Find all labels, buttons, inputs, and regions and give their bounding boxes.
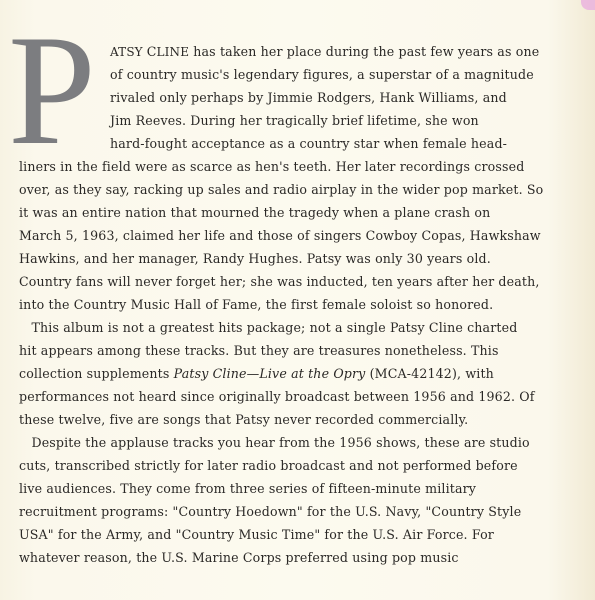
text-line: over, as they say, racking up sales and … bbox=[19, 182, 543, 197]
text-line: whatever reason, the U.S. Marine Corps p… bbox=[19, 550, 459, 565]
liner-notes-page: P ATSY CLINE has taken her place during … bbox=[0, 0, 595, 600]
text-line: rivaled only perhaps by Jimmie Rodgers, … bbox=[110, 90, 507, 105]
text-line: ATSY CLINE has taken her place during th… bbox=[110, 44, 539, 59]
text-line: Hawkins, and her manager, Randy Hughes. … bbox=[19, 251, 491, 266]
text-line: into the Country Music Hall of Fame, the… bbox=[19, 297, 493, 312]
drop-cap-letter: P bbox=[8, 12, 96, 170]
pink-highlight-mark bbox=[581, 0, 595, 10]
text-line: cuts, transcribed strictly for later rad… bbox=[19, 458, 518, 473]
text-line: performances not heard since originally … bbox=[19, 389, 535, 404]
paragraph-start-line: This album is not a greatest hits packag… bbox=[19, 320, 517, 335]
text-line: liners in the field were as scarce as he… bbox=[19, 159, 524, 174]
text-line: USA" for the Army, and "Country Music Ti… bbox=[19, 527, 494, 542]
text-line: Country fans will never forget her; she … bbox=[19, 274, 540, 289]
text-line: live audiences. They come from three ser… bbox=[19, 481, 476, 496]
text-line: hit appears among these tracks. But they… bbox=[19, 343, 499, 358]
text-line: March 5, 1963, claimed her life and thos… bbox=[19, 228, 541, 243]
text-line: recruitment programs: "Country Hoedown" … bbox=[19, 504, 521, 519]
text-line: collection supplements Patsy Cline—Live … bbox=[19, 366, 494, 381]
text-line: Jim Reeves. During her tragically brief … bbox=[110, 113, 479, 128]
text-line: of country music's legendary figures, a … bbox=[110, 67, 534, 82]
text-line: hard-fought acceptance as a country star… bbox=[110, 136, 507, 151]
text-line: it was an entire nation that mourned the… bbox=[19, 205, 490, 220]
paragraph-start-line: Despite the applause tracks you hear fro… bbox=[19, 435, 530, 450]
text-line: these twelve, five are songs that Patsy … bbox=[19, 412, 468, 427]
album-title: Patsy Cline—Live at the Opry bbox=[174, 366, 366, 381]
